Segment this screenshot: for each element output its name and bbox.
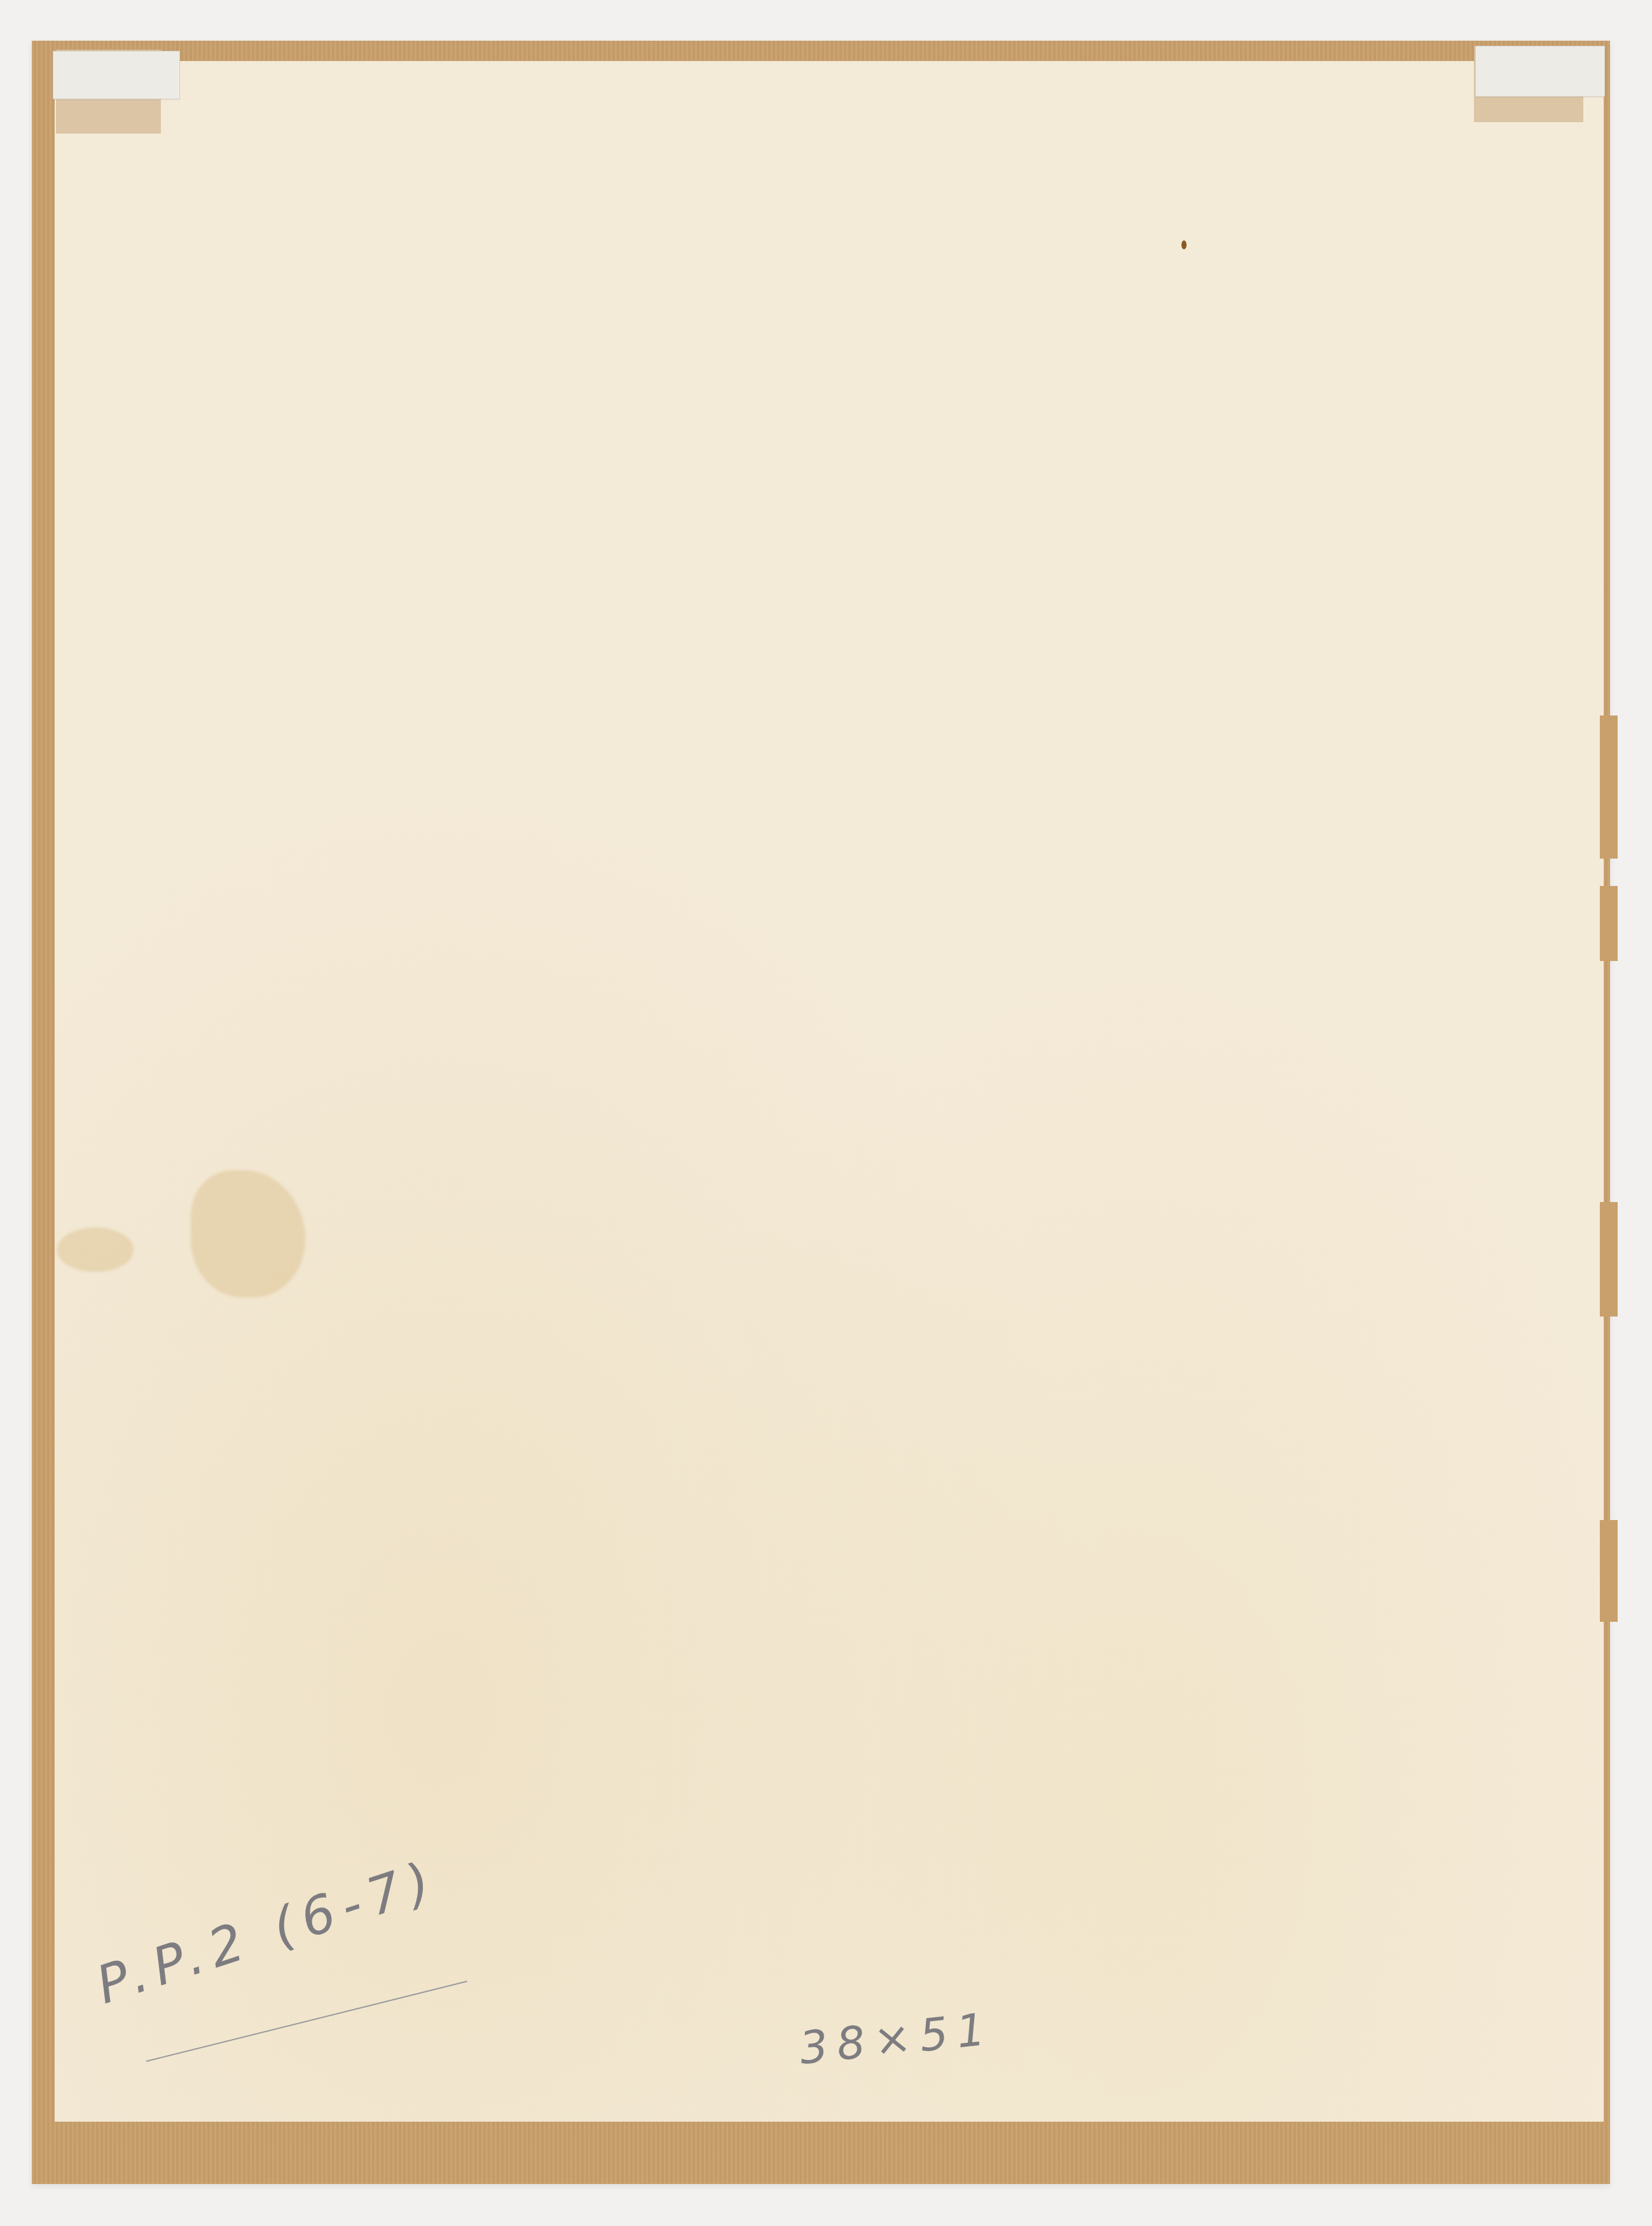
cardboard-tab [1600,1202,1618,1317]
cardboard-tab [1600,886,1618,961]
debris-dot [1181,240,1187,249]
cardboard-tab [1600,1520,1618,1622]
cardboard-tab [1600,715,1618,859]
water-stain-small [57,1227,134,1272]
paper-sheet [55,61,1604,2122]
tape-top-left [53,51,180,99]
tape-top-right [1475,46,1605,97]
